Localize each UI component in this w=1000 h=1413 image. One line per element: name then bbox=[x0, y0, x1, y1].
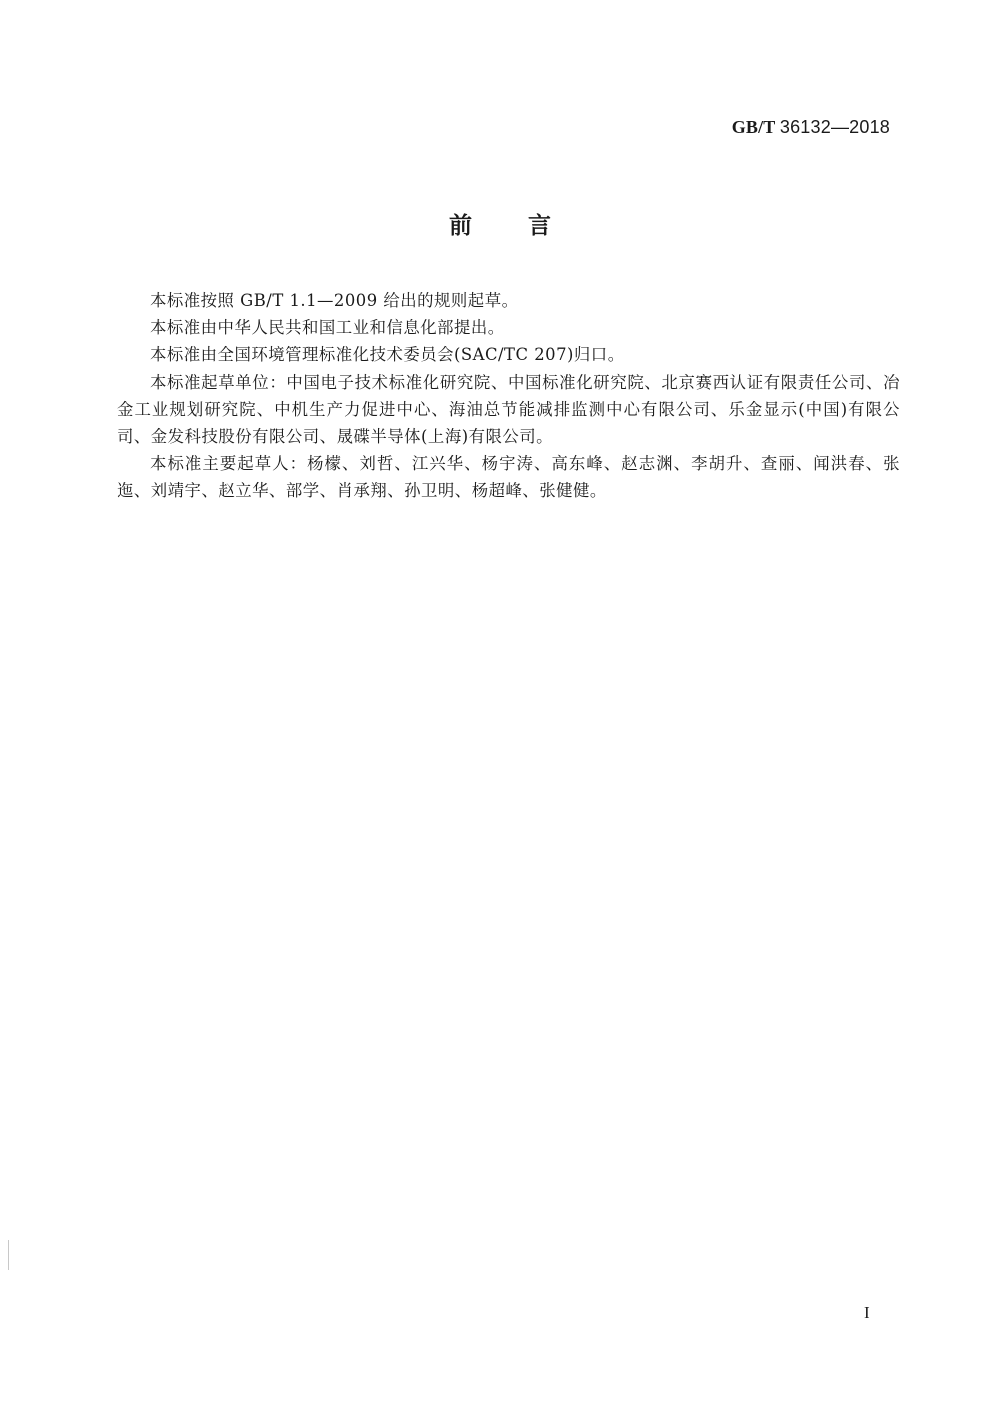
standard-code: GB/T 36132—2018 bbox=[732, 117, 890, 138]
foreword-body: 本标准按照 GB/T 1.1—2009 给出的规则起草。 本标准由中华人民共和国… bbox=[117, 287, 900, 505]
paragraph-technical-committee: 本标准由全国环境管理标准化技术委员会(SAC/TC 207)归口。 bbox=[117, 341, 900, 368]
scan-artifact-line bbox=[8, 1240, 9, 1270]
paragraph-drafting-units: 本标准起草单位：中国电子技术标准化研究院、中国标准化研究院、北京赛西认证有限责任… bbox=[117, 369, 900, 451]
standard-number: 36132—2018 bbox=[780, 117, 890, 137]
standard-prefix: GB/T bbox=[732, 117, 776, 137]
paragraph-proposer: 本标准由中华人民共和国工业和信息化部提出。 bbox=[117, 314, 900, 341]
page-title: 前言 bbox=[0, 207, 1000, 240]
paragraph-drafters: 本标准主要起草人：杨檬、刘哲、江兴华、杨宇涛、高东峰、赵志渊、李胡升、查丽、闻洪… bbox=[117, 450, 900, 504]
paragraph-drafting-rules: 本标准按照 GB/T 1.1—2009 给出的规则起草。 bbox=[117, 287, 900, 314]
page-number: I bbox=[864, 1303, 870, 1323]
